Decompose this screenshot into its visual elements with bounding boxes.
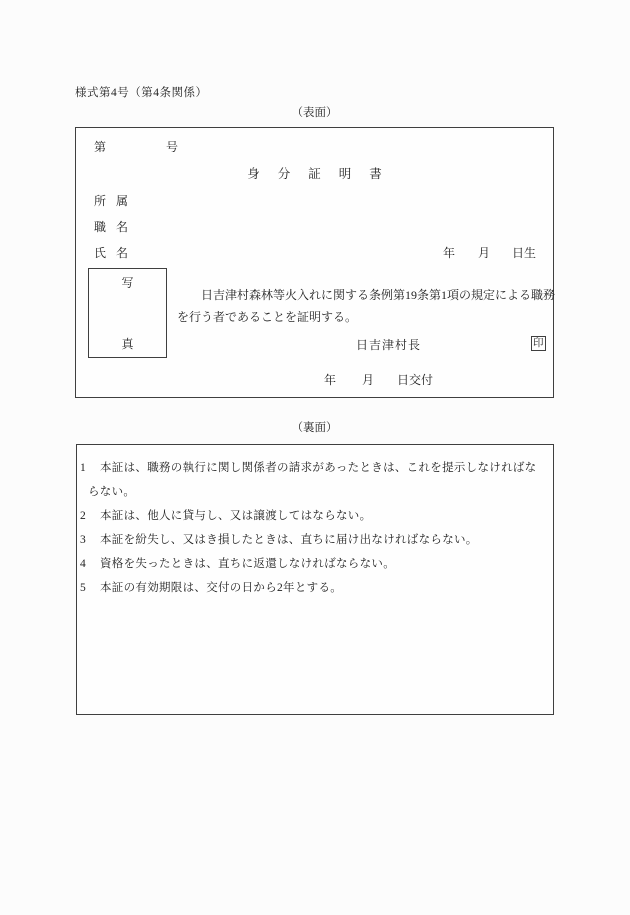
cert-number-suffix: 号 bbox=[166, 140, 178, 154]
document-page: 様式第4号（第4条関係） （表面） 第号 身分証明書 所属 職名 氏名 年月日生… bbox=[0, 0, 630, 915]
rule-number: 5 bbox=[80, 576, 100, 600]
certification-statement: 日吉津村森林等火入れに関する条例第19条第1項の規定による職務 を行う者であるこ… bbox=[177, 284, 555, 328]
birth-month-label: 月 bbox=[478, 246, 490, 260]
birth-day-label: 日生 bbox=[512, 246, 536, 260]
rule-number: 3 bbox=[80, 528, 100, 552]
statement-line-1: 日吉津村森林等火入れに関する条例第19条第1項の規定による職務 bbox=[177, 284, 555, 306]
issue-date-row: 年月日交付 bbox=[324, 371, 433, 388]
rule-number: 4 bbox=[80, 552, 100, 576]
affiliation-field-label: 所属 bbox=[94, 192, 138, 209]
seal-mark: 印 bbox=[531, 333, 546, 351]
rule-text: 本証の有効期限は、交付の日から2年とする。 bbox=[100, 582, 342, 594]
id-card-back: 1本証は、職務の執行に関し関係者の請求があったときは、これを提示しなければならな… bbox=[76, 444, 554, 715]
issue-month-label: 月 bbox=[362, 373, 374, 387]
card-title: 身分証明書 bbox=[76, 164, 553, 182]
seal-box: 印 bbox=[531, 336, 546, 351]
issue-year-label: 年 bbox=[324, 373, 336, 387]
rule-text: 資格を失ったときは、直ちに返還しなければならない。 bbox=[100, 558, 395, 570]
issuer-name: 日吉津村長 bbox=[356, 336, 421, 353]
form-number-heading: 様式第4号（第4条関係） bbox=[75, 84, 208, 100]
rule-text: 本証を紛失し、又はき損したときは、直ちに届け出なければならない。 bbox=[100, 534, 478, 546]
photo-placeholder-box: 写 真 bbox=[88, 268, 167, 358]
photo-char-bottom: 真 bbox=[121, 335, 133, 352]
statement-line-2: を行う者であることを証明する。 bbox=[177, 306, 555, 328]
back-rule-item: 3本証を紛失し、又はき損したときは、直ちに届け出なければならない。 bbox=[88, 528, 545, 552]
id-card-front: 第号 身分証明書 所属 職名 氏名 年月日生 写 真 日吉津村森林等火入れに関す… bbox=[75, 127, 554, 398]
issue-day-label: 日交付 bbox=[397, 373, 433, 387]
back-rule-item: 4資格を失ったときは、直ちに返還しなければならない。 bbox=[88, 552, 545, 576]
cert-number-row: 第号 bbox=[94, 138, 178, 155]
position-field-label: 職名 bbox=[94, 218, 138, 235]
rule-text: 本証は、職務の執行に関し関係者の請求があったときは、これを提示しなければならない… bbox=[88, 462, 536, 498]
birth-date-row: 年月日生 bbox=[443, 244, 536, 261]
cert-number-prefix: 第 bbox=[94, 140, 106, 154]
back-rule-item: 5本証の有効期限は、交付の日から2年とする。 bbox=[88, 576, 545, 600]
back-rule-item: 1本証は、職務の執行に関し関係者の請求があったときは、これを提示しなければならな… bbox=[88, 456, 545, 504]
name-field-label: 氏名 bbox=[94, 244, 138, 261]
rule-text: 本証は、他人に貸与し、又は譲渡してはならない。 bbox=[100, 510, 371, 522]
birth-year-label: 年 bbox=[443, 246, 455, 260]
back-surface-label: （裏面） bbox=[75, 419, 554, 435]
front-surface-label: （表面） bbox=[75, 104, 554, 120]
back-rule-item: 2本証は、他人に貸与し、又は譲渡してはならない。 bbox=[88, 504, 545, 528]
rule-number: 1 bbox=[80, 456, 100, 480]
rule-number: 2 bbox=[80, 504, 100, 528]
photo-char-top: 写 bbox=[121, 274, 133, 291]
